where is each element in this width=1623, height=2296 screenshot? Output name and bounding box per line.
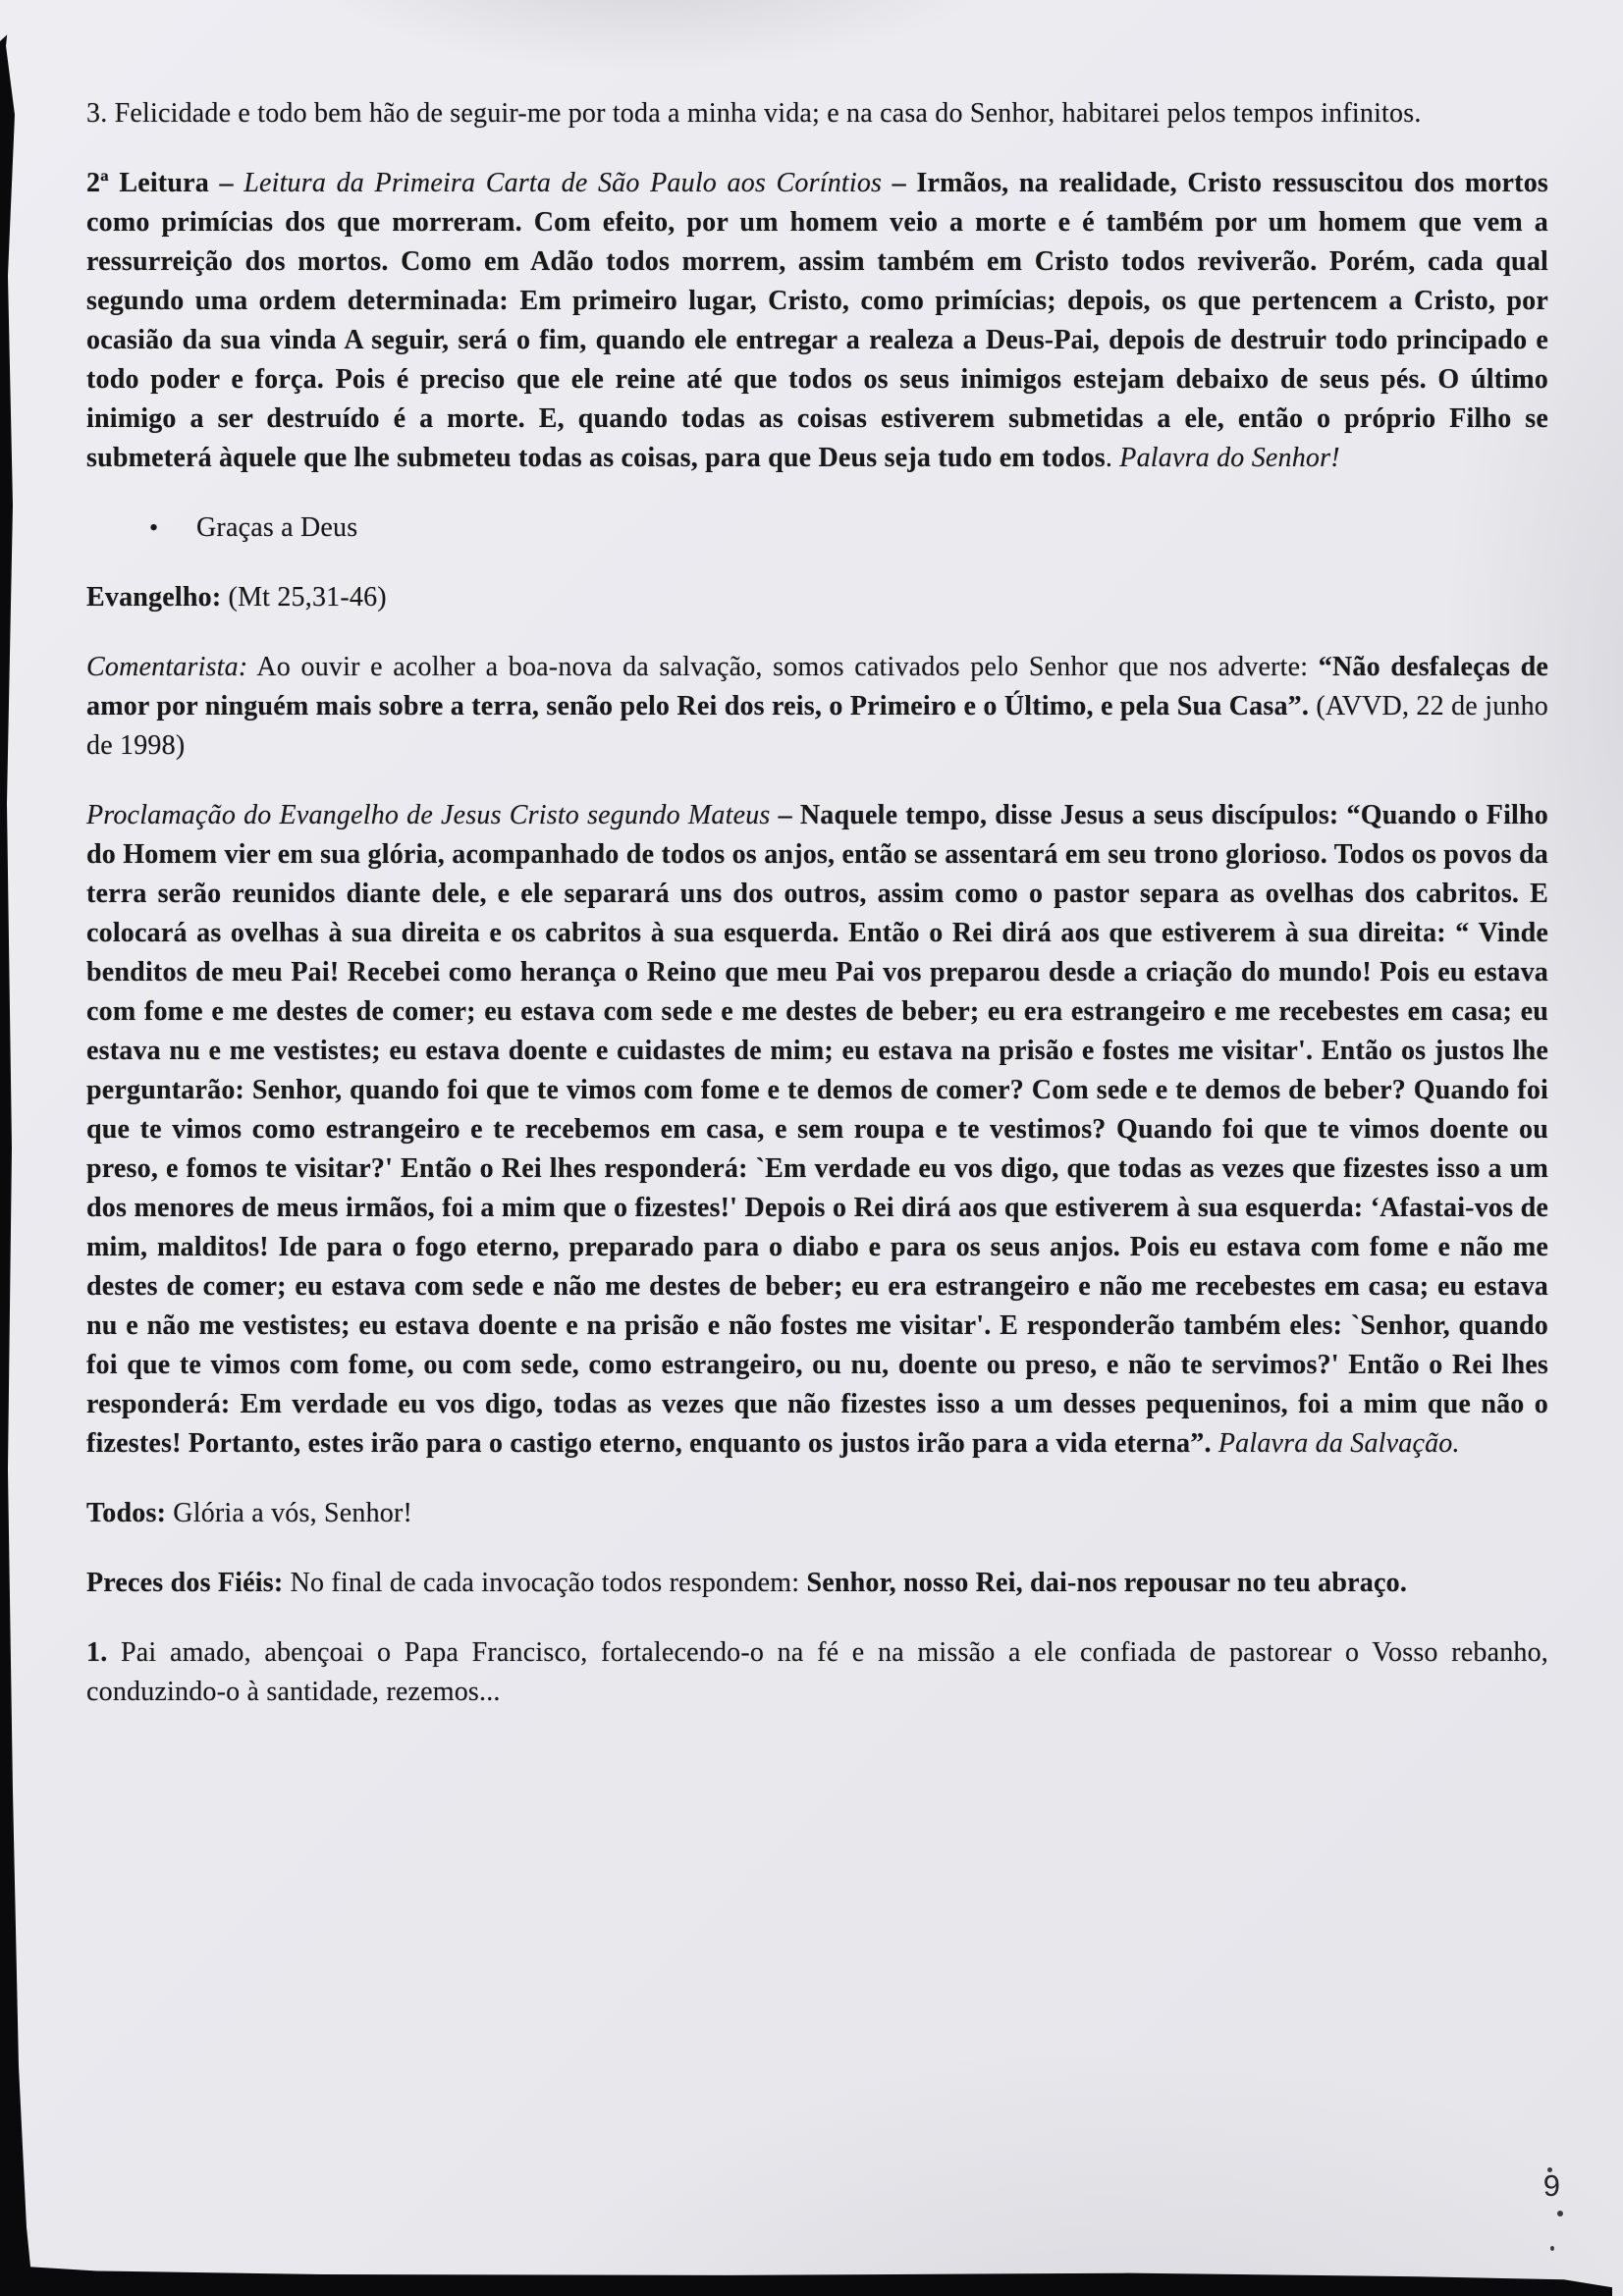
commentator-paragraph: Comentarista: Ao ouvir e acolher a boa-n… xyxy=(86,648,1548,766)
dash-separator: – xyxy=(209,168,243,198)
scan-speck xyxy=(1160,212,1165,217)
psalm-verse-text: 3. Felicidade e todo bem hão de seguir-m… xyxy=(86,98,1422,129)
bullet-icon: • xyxy=(149,508,196,548)
scan-edge-left xyxy=(0,0,33,2296)
intention-1: 1. Pai amado, abençoai o Papa Francisco,… xyxy=(86,1633,1548,1712)
commentator-label: Comentarista: xyxy=(86,652,247,682)
second-reading-acclamation: Palavra do Senhor! xyxy=(1119,443,1339,473)
intention-1-number: 1. xyxy=(86,1637,107,1668)
prayers-label: Preces dos Fiéis: xyxy=(86,1568,283,1598)
prayers-intro: No final de cada invocação todos respond… xyxy=(283,1568,806,1598)
page-number: 9 xyxy=(1543,2168,1560,2204)
gospel-paragraph: Proclamação do Evangelho de Jesus Cristo… xyxy=(86,796,1548,1464)
gospel-heading-label: Evangelho: xyxy=(86,582,221,613)
gospel-source: Proclamação do Evangelho de Jesus Cristo… xyxy=(86,800,771,830)
intention-1-text: Pai amado, abençoai o Papa Francisco, fo… xyxy=(86,1637,1548,1707)
response-item: •Graças a Deus xyxy=(86,508,1548,548)
scanned-liturgy-page: 3. Felicidade e todo bem hão de seguir-m… xyxy=(0,0,1623,2296)
second-reading-period: . xyxy=(1106,443,1119,473)
gospel-acclamation: Palavra da Salvação. xyxy=(1218,1428,1460,1459)
second-reading-body: Irmãos, na realidade, Cristo ressuscitou… xyxy=(86,168,1548,473)
scan-speck xyxy=(1557,2211,1563,2216)
prayers-response: Senhor, nosso Rei, dai-nos repousar no t… xyxy=(806,1568,1407,1598)
all-response-text: Glória a vós, Senhor! xyxy=(166,1498,412,1528)
gospel-heading-reference: (Mt 25,31-46) xyxy=(221,582,386,613)
dash-separator: – xyxy=(882,168,916,198)
second-reading-source: Leitura da Primeira Carta de São Paulo a… xyxy=(243,168,882,198)
response-text: Graças a Deus xyxy=(196,512,357,543)
scan-edge-bottom xyxy=(0,2253,1612,2296)
psalm-verse: 3. Felicidade e todo bem hão de seguir-m… xyxy=(86,94,1548,133)
page-content: 3. Felicidade e todo bem hão de seguir-m… xyxy=(86,94,1548,1742)
gospel-heading: Evangelho: (Mt 25,31-46) xyxy=(86,578,1548,617)
second-reading-label: 2ª Leitura xyxy=(86,168,209,198)
gospel-body: – Naquele tempo, disse Jesus a seus disc… xyxy=(86,800,1548,1459)
second-reading-paragraph: 2ª Leitura – Leitura da Primeira Carta d… xyxy=(86,164,1548,478)
all-response-line: Todos: Glória a vós, Senhor! xyxy=(86,1494,1548,1533)
scan-speck xyxy=(1547,2167,1552,2172)
commentator-intro: Ao ouvir e acolher a boa-nova da salvaçã… xyxy=(247,652,1318,682)
scan-speck xyxy=(1550,2246,1554,2251)
all-response-label: Todos: xyxy=(86,1498,166,1528)
prayers-heading: Preces dos Fiéis: No final de cada invoc… xyxy=(86,1564,1548,1603)
